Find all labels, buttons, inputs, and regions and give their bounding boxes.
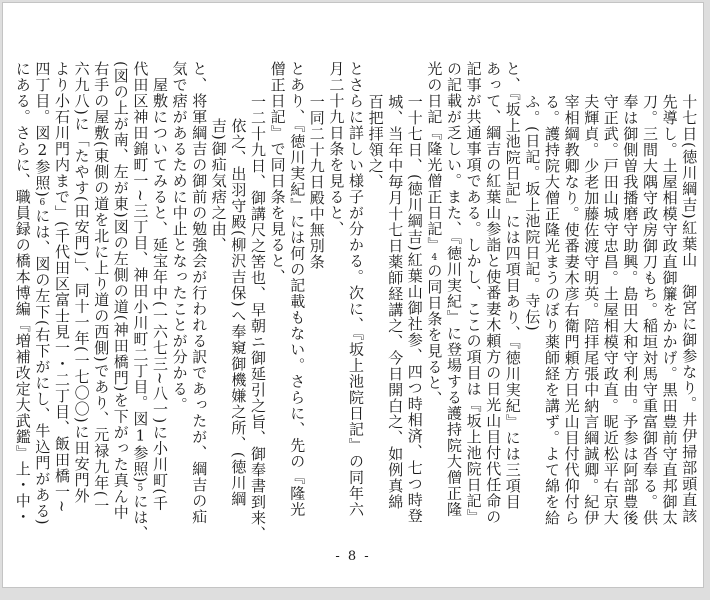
text-column-9: ふ。(日記。坂上池院日記。寺伝) xyxy=(521,94,541,332)
text-column-20: 一同二十九日殿中無別条 xyxy=(306,94,326,270)
text-column-15: 一十七日、(徳川綱吉)紅葉山御社参、四つ時相済、七つ時登 xyxy=(404,94,424,524)
text-column-31: 右手の屋敷(東側の道を北に上り道の西側)であり、元禄九年(一 xyxy=(90,61,110,514)
text-column-23: 一二十九日、御講尺之筈也、早朝ニ御延引之旨、御奉書到来、 xyxy=(247,94,267,542)
text-column-19: 月二十九日条を見ると、 xyxy=(325,61,345,237)
text-column-33: より小石川門内まで」(千代田区富士見一・二丁目、飯田橋一~ xyxy=(51,61,71,513)
text-column-17: 百把拝領之、 xyxy=(365,94,385,190)
text-column-28: 屋敷についてみると、延宝年中(一六七三~八一)に小川町(千 xyxy=(149,77,169,511)
text-column-12: 記事が共通事項である。しかし、ここの項目は『坂上池院日記』 xyxy=(463,61,483,525)
endnote-marker: 4 xyxy=(429,253,439,263)
page-number: - 8 - xyxy=(3,549,703,564)
text-column-7: 宰相綱教卿なり。使番妻木彦右衛門頼方日光山目付代仰付ら xyxy=(561,94,581,526)
text-column-32: 六九八)に「たやす(田安門)」、同十一年(一七〇〇)に田安門外 xyxy=(71,61,91,504)
text-column-1: 十七日(徳川綱吉)紅葉山 御宮に御参なり。井伊掃部頭直該 xyxy=(678,94,698,524)
text-column-21: とあり、『徳川実紀』には何の記載もない。さらに、先の『隆光 xyxy=(286,61,306,518)
text-column-16: 城、当年中毎月十七日薬師経講之、今日開白之、如例真綿 xyxy=(384,94,404,510)
text-column-4: 奉は御側曽我播磨守助興。島田大和守利由。予参は阿部豊後 xyxy=(619,94,639,526)
text-column-24: 依之、出羽守殿(柳沢吉保)へ奉窺御機嫌之所、(徳川綱 xyxy=(227,118,247,507)
document-viewer: { "page": { "footer": "- 8 -", "colors":… xyxy=(0,0,710,600)
text-column-34: 四丁目。図2参照)6には、図の左下(右下がにし、牛込門がある) xyxy=(31,61,51,526)
text-column-13: の記載が乏しい。また、『徳川実紀』に登場する護持院大僧正隆 xyxy=(443,61,463,518)
text-column-10: と、『坂上池院日記』には四項目あり、『徳川実紀』には三項目 xyxy=(502,61,522,510)
text-column-11: あって、綱吉の紅葉山参詣と使番妻木頼方の日光山目付代任命の xyxy=(482,61,502,525)
text-column-2: 先導し。土屋相模守政直御簾をかかげ。黒田豊前守直邦御太 xyxy=(659,94,679,526)
text-column-27: 気で痞があるために中止となったことが分かる。 xyxy=(169,61,189,413)
text-column-18: とさらに詳しい様子が分かる。次に、『坂上池院日記』の同年六 xyxy=(345,61,365,518)
text-column-22: 僧正日記』で同日条を見ると、 xyxy=(267,61,287,285)
text-column-8: る。護持院大僧正隆光まうのぼり薬師経を講ず。よて綿を給 xyxy=(541,94,561,526)
endnote-marker: 6 xyxy=(37,198,47,208)
endnote-marker: 5 xyxy=(135,483,145,493)
text-column-14: 光の日記『隆光僧正日記』4の同日条を見ると、 xyxy=(423,61,443,407)
text-column-30: (図の上が南、左が東)図の左側の道(神田橋門)を下がった真ん中 xyxy=(110,61,130,520)
document-page: 十七日(徳川綱吉)紅葉山 御宮に御参なり。井伊掃部頭直該先導し。土屋相模守政直御… xyxy=(2,2,704,588)
text-column-26: と、将軍綱吉の御前の勉強会が行われる訳であったが、綱吉の疝 xyxy=(188,61,208,525)
text-column-25: 吉)御疝気痞之由、 xyxy=(208,118,228,253)
text-column-35: にある。さらに、職員録の橋本博編『増補改定大武鑑』上・中・ xyxy=(12,61,32,525)
text-block: 十七日(徳川綱吉)紅葉山 御宮に御参なり。井伊掃部頭直該先導し。土屋相模守政直御… xyxy=(3,3,703,587)
text-column-5: 守正武。戸田山城守忠昌。土屋相模守政直。昵近松平右京大 xyxy=(600,94,620,526)
text-column-29: 代田区神田錦町一~三丁目、神田小川町二丁目。図1参照)5には、 xyxy=(129,61,149,541)
text-column-3: 刀。三間大隅守政房御刀もち。稲垣対馬守重富御沓奉る。供 xyxy=(639,94,659,526)
text-column-6: 夫輝貞。少老加藤佐渡守明英。陪拝尾張中納言綱誠卿。紀伊 xyxy=(580,94,600,526)
